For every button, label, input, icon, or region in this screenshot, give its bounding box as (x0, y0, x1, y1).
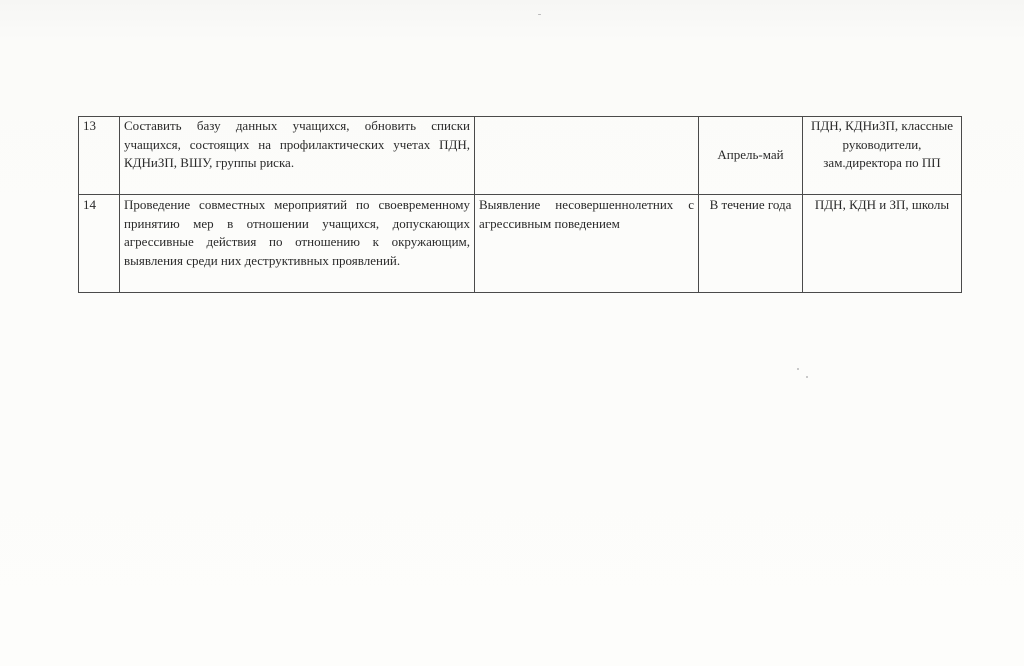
responsible-cell: ПДН, КДН и ЗП, школы (803, 195, 962, 293)
action-cell: Составить базу данных учащихся, обновить… (120, 117, 475, 195)
result-cell: Выявление несовершеннолетних с агрессивн… (475, 195, 699, 293)
scan-speck (538, 14, 541, 15)
activity-plan-table: 13 Составить базу данных учащихся, обнов… (78, 116, 962, 293)
table-row: 14 Проведение совместных мероприятий по … (79, 195, 962, 293)
action-cell: Проведение совместных мероприятий по сво… (120, 195, 475, 293)
scan-speck (806, 376, 808, 378)
term-cell: В течение года (699, 195, 803, 293)
scanned-page: 13 Составить базу данных учащихся, обнов… (0, 0, 1024, 666)
scan-speck (797, 368, 799, 370)
result-cell (475, 117, 699, 195)
responsible-cell: ПДН, КДНиЗП, классные руководители, зам.… (803, 117, 962, 195)
term-cell: Апрель-май (699, 117, 803, 195)
row-number: 13 (79, 117, 120, 195)
row-number: 14 (79, 195, 120, 293)
table-row: 13 Составить базу данных учащихся, обнов… (79, 117, 962, 195)
